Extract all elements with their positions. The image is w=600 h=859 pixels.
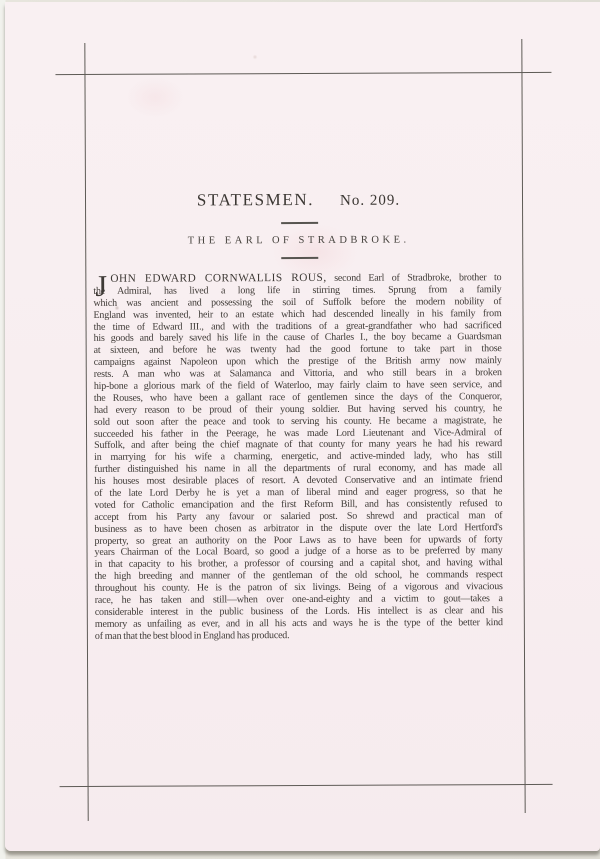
divider-rule-upper — [281, 222, 318, 224]
frame-rule-left — [84, 43, 88, 821]
masthead: STATESMEN. No. 209. — [95, 189, 502, 211]
body-line: memory as unfailing as ever, and in all … — [95, 617, 503, 631]
drop-cap-initial: J — [95, 273, 107, 300]
body-line: of man that the best blood in England ha… — [95, 629, 503, 643]
scan-rotation-wrapper: STATESMEN. No. 209. THE EARL OF STRADBRO… — [3, 1, 600, 853]
series-title: STATESMEN. — [197, 190, 314, 210]
issue-number: No. 209. — [340, 193, 400, 209]
frame-rule-bottom — [60, 784, 553, 787]
body-lines: the Admiral, has lived a long life in st… — [93, 284, 503, 642]
frame-rule-top — [55, 72, 551, 75]
paper-sheet: STATESMEN. No. 209. THE EARL OF STRADBRO… — [5, 2, 600, 851]
opening-small-caps: OHN EDWARD CORNWALLIS ROUS, — [110, 272, 326, 285]
article-body: J OHN EDWARD CORNWALLIS ROUS, second Ear… — [93, 272, 503, 642]
article-title: THE EARL OF STRADBROKE. — [95, 234, 502, 247]
divider-rule-lower — [281, 257, 318, 259]
frame-rule-right — [521, 39, 525, 813]
scanned-page: STATESMEN. No. 209. THE EARL OF STRADBRO… — [0, 0, 600, 859]
opening-rest: second Earl of Stradbroke, brother to — [334, 272, 501, 284]
